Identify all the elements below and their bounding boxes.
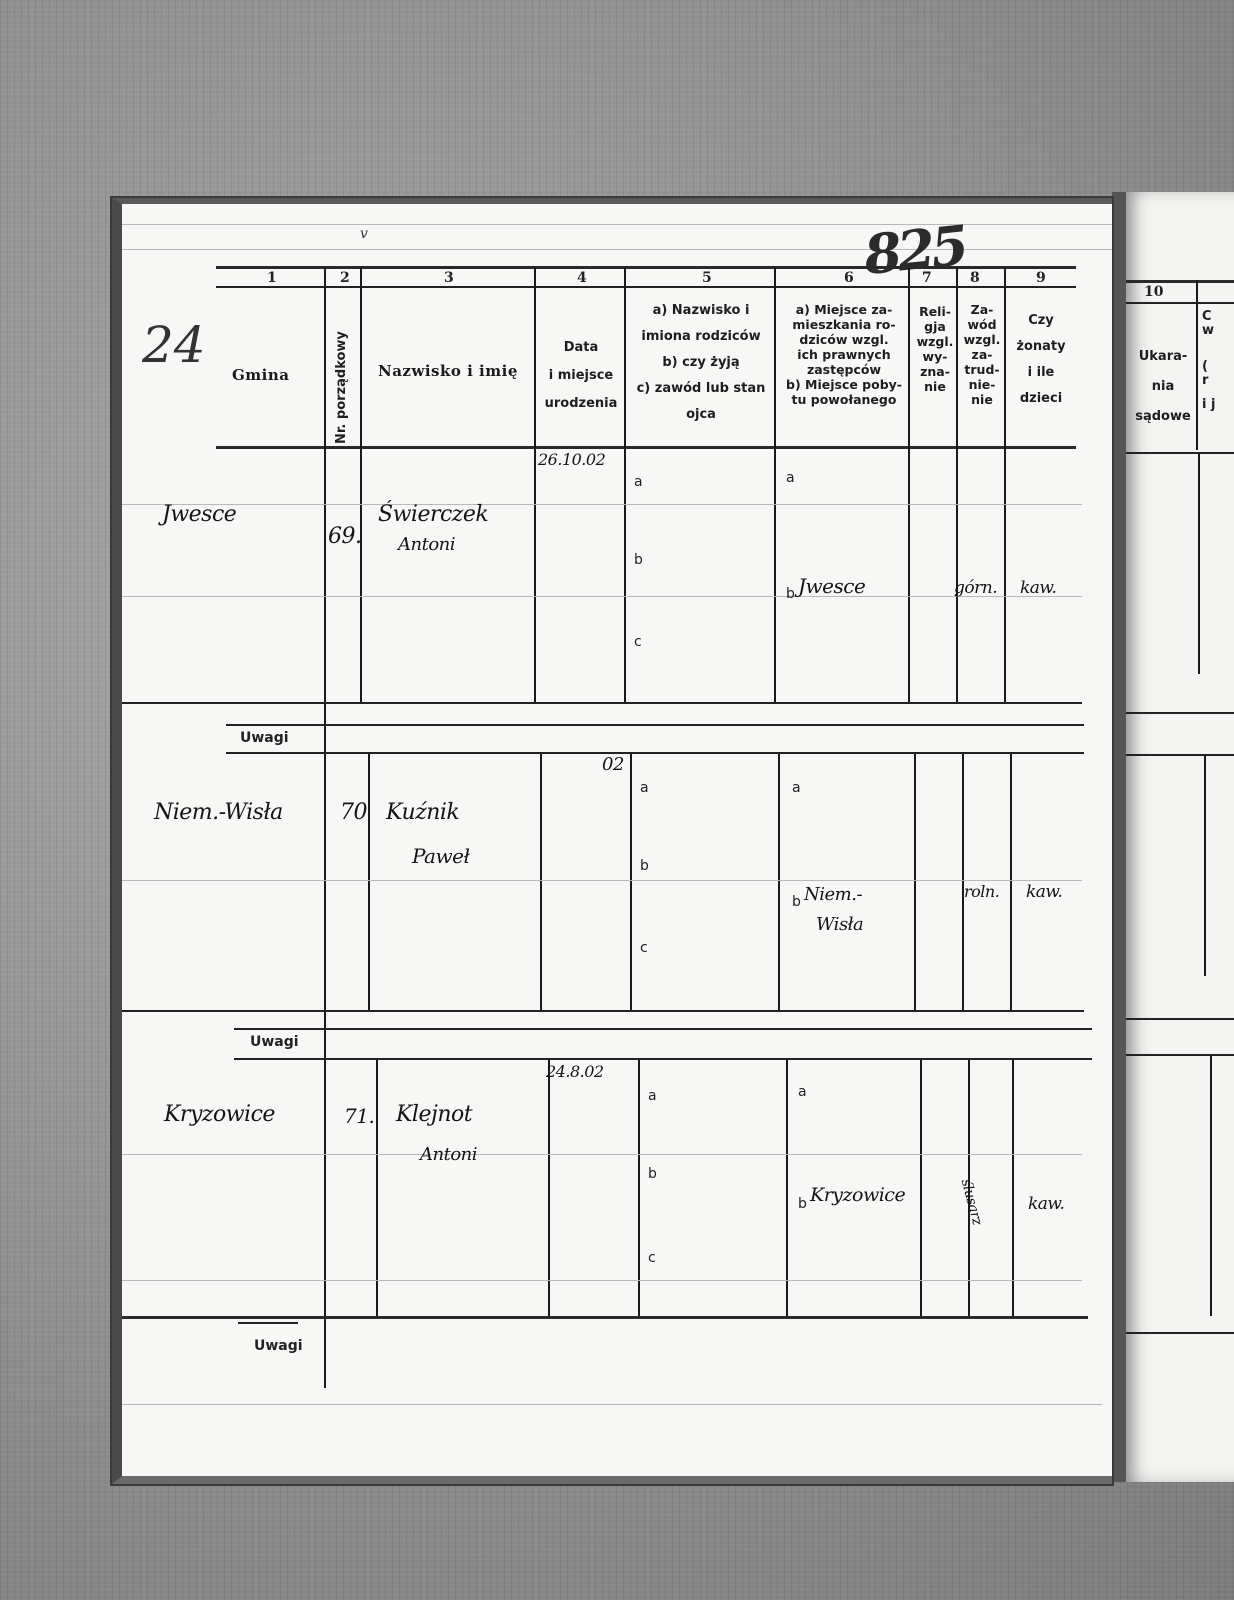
column-header-ukarania: Ukara- nia sądowe <box>1128 342 1198 432</box>
entry-2-occupation: roln. <box>964 882 999 901</box>
column-divider <box>1198 454 1200 674</box>
column-header-nr: Nr. porządkowy <box>334 304 349 444</box>
rule <box>1126 1018 1234 1020</box>
column-divider-8-9 <box>1012 1060 1014 1316</box>
entry-2-bottom-rule <box>122 1010 1084 1012</box>
column-header-occupation: Za- wód wzgl. za- trud- nie- nie <box>958 302 1006 407</box>
column-divider-4-5 <box>638 1060 640 1316</box>
faint-rule <box>122 880 1082 881</box>
column-divider-6-7 <box>920 1060 922 1316</box>
column-divider-8-9 <box>1004 268 1006 702</box>
column-number-10: 10 <box>1144 284 1163 300</box>
column-divider-2-3 <box>360 268 362 702</box>
rule <box>1126 280 1234 283</box>
entry-3-marital: kaw. <box>1028 1194 1064 1214</box>
column-divider-6-7 <box>908 268 910 702</box>
column-header-birth: Data i miejsce urodzenia <box>536 334 626 418</box>
column-header-gmina: Gmina <box>232 366 290 384</box>
entry-2-res-b: b <box>792 894 801 910</box>
column-divider-4-5 <box>630 754 632 1012</box>
entry-3-surname: Klejnot <box>396 1102 472 1127</box>
entry-1-surname: Świerczek <box>378 502 488 527</box>
entry-1-sub-c: c <box>634 634 642 650</box>
entry-3-res-b: b <box>798 1196 807 1212</box>
faint-rule <box>122 1280 1082 1281</box>
column-number-4: 4 <box>577 270 587 286</box>
entry-2-res-a: a <box>792 780 801 796</box>
column-number-6: 6 <box>844 270 854 286</box>
column-divider-3-4 <box>534 268 536 702</box>
column-divider-4-5 <box>624 268 626 702</box>
column-divider-1-2 <box>324 268 326 1388</box>
entry-1-sub-b: b <box>634 552 643 568</box>
column-number-3: 3 <box>444 270 454 286</box>
column-divider <box>1204 756 1206 976</box>
remarks-1-bottom-rule <box>226 752 1084 754</box>
next-page-edge: 10 Ukara- nia sądowe C w ( r i j <box>1112 192 1234 1482</box>
column-divider-5-6 <box>774 268 776 702</box>
remarks-3-rule <box>238 1322 298 1324</box>
faint-rule <box>122 1154 1082 1155</box>
column-divider-3-4 <box>548 1060 550 1316</box>
entry-2-gmina: Niem.-Wisła <box>154 800 283 825</box>
column-header-parents: a) Nazwisko i imiona rodziców b) czy żyj… <box>626 298 776 428</box>
faint-rule <box>122 1404 1102 1405</box>
rule <box>1126 712 1234 714</box>
entry-3-sub-c: c <box>648 1250 656 1266</box>
column-header-cut: C w ( r i j <box>1202 310 1234 412</box>
column-number-8: 8 <box>970 270 980 286</box>
column-divider-7-8 <box>956 268 958 702</box>
header-bottom-rule <box>216 446 1076 449</box>
entry-3-sub-b: b <box>648 1166 657 1182</box>
entry-2-marital: kaw. <box>1026 882 1062 902</box>
entry-3-res-a: a <box>798 1084 807 1100</box>
page-number-handwritten: 24 <box>142 316 206 374</box>
column-divider-3-4 <box>540 754 542 1012</box>
column-number-7: 7 <box>922 270 932 286</box>
rule <box>1126 1332 1234 1334</box>
entry-1-sub-a: a <box>634 474 643 490</box>
header-number-rule <box>216 286 1076 288</box>
rule <box>1126 452 1234 454</box>
remarks-1-label: Uwagi <box>240 730 289 746</box>
entry-1-residence: Jwesce <box>798 574 865 598</box>
entry-2-surname: Kuźnik <box>386 800 459 825</box>
column-divider-2-3 <box>368 754 370 1012</box>
rule <box>1126 302 1234 304</box>
entry-3-residence: Kryzowice <box>810 1184 905 1206</box>
entry-1-occupation: górn. <box>954 578 997 598</box>
column-divider-5-6 <box>786 1060 788 1316</box>
remarks-3-label: Uwagi <box>254 1338 303 1354</box>
column-number-1: 1 <box>267 270 277 286</box>
entry-1-bottom-rule <box>122 702 1082 704</box>
faint-rule <box>122 224 1112 225</box>
column-header-residence: a) Miejsce za- mieszkania ro- dziców wzg… <box>776 302 912 407</box>
entry-2-given-name: Paweł <box>412 844 469 868</box>
remarks-1-top-rule <box>226 724 1084 726</box>
entry-2-birth-date: 02 <box>602 754 624 775</box>
faint-rule <box>122 504 1082 505</box>
entry-1-gmina: Jwesce <box>162 502 236 527</box>
faint-rule <box>122 596 1082 597</box>
rule <box>1126 1054 1234 1056</box>
entry-1-marital: kaw. <box>1020 578 1056 598</box>
entry-2-sub-a: a <box>640 780 649 796</box>
column-number-5: 5 <box>702 270 712 286</box>
entry-2-residence-line1: Niem.- <box>804 884 862 905</box>
entry-1-res-b: b <box>786 586 795 602</box>
column-divider-2-3 <box>376 1060 378 1316</box>
entry-3-given-name: Antoni <box>420 1144 477 1165</box>
register-number: 825 <box>861 213 968 287</box>
entry-1-given-name: Antoni <box>398 534 455 555</box>
entry-3-sub-a: a <box>648 1088 657 1104</box>
column-divider <box>1196 280 1198 450</box>
header-top-rule <box>216 266 1076 269</box>
entry-2-residence-line2: Wisła <box>816 914 863 935</box>
register-page: v 825 24 1 2 3 4 5 6 7 8 9 Gmina Nr. por… <box>112 198 1112 1484</box>
entry-1-nr: 69. <box>328 524 362 549</box>
entry-1-birth-date: 26.10.02 <box>538 450 605 469</box>
column-number-9: 9 <box>1036 270 1046 286</box>
entry-3-occupation: ślusarz <box>958 1177 986 1226</box>
column-divider-8-9 <box>1010 754 1012 1012</box>
remarks-2-label: Uwagi <box>250 1034 299 1050</box>
top-mark: v <box>360 226 368 242</box>
entry-3-nr: 71. <box>344 1104 374 1128</box>
column-divider-6-7 <box>914 754 916 1012</box>
entry-2-sub-c: c <box>640 940 648 956</box>
entry-3-birth-date: 24.8.02 <box>546 1062 604 1081</box>
entry-1-res-a: a <box>786 470 795 486</box>
column-divider-5-6 <box>778 754 780 1012</box>
column-number-2: 2 <box>340 270 350 286</box>
column-header-religion: Reli- gja wzgl. wy- zna- nie <box>912 304 958 394</box>
remarks-2-top-rule <box>234 1028 1092 1030</box>
column-header-name: Nazwisko i imię <box>378 362 518 380</box>
remarks-2-bottom-rule <box>234 1058 1092 1060</box>
entry-3-bottom-rule <box>122 1316 1088 1319</box>
column-header-marital: Czy żonaty i ile dzieci <box>1006 308 1076 412</box>
rule <box>1126 754 1234 756</box>
entry-2-nr: 70 <box>340 800 367 825</box>
entry-2-sub-b: b <box>640 858 649 874</box>
entry-3-gmina: Kryzowice <box>164 1102 275 1127</box>
column-divider <box>1210 1056 1212 1316</box>
